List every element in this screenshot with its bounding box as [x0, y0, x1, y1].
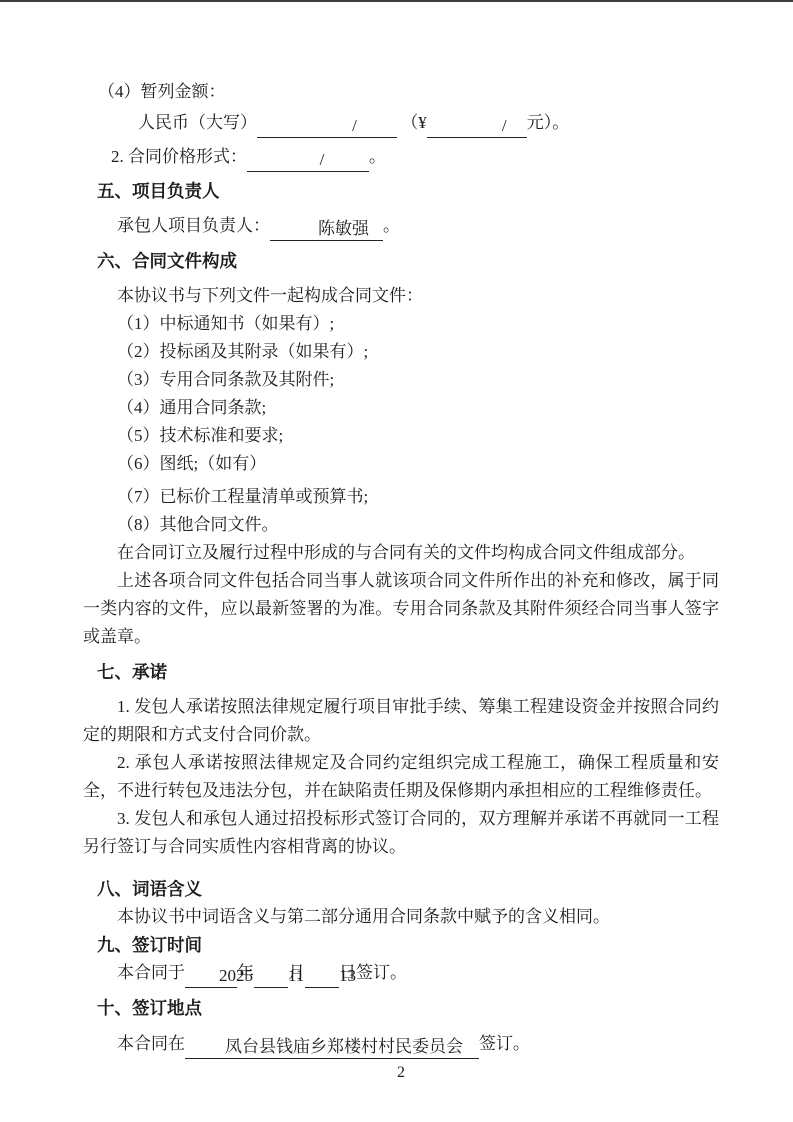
price-form-label: 2. 合同价格形式：: [111, 147, 247, 166]
section6-para2: 上述各项合同文件包括合同当事人就该项合同文件所作出的补充和修改，属于同一类内容的…: [83, 567, 719, 651]
project-manager-line: 承包人项目负责人：陈敏强。: [83, 212, 719, 241]
contract-doc-item: （2）投标函及其附录（如果有）;: [83, 338, 719, 366]
signing-day-blank: 13: [305, 965, 339, 988]
contract-doc-item: （7）已标价工程量清单或预算书;: [83, 483, 719, 511]
project-manager-period: 。: [383, 216, 400, 235]
contract-doc-item: （8）其他合同文件。: [83, 511, 719, 539]
section6-para1: 在合同订立及履行过程中形成的与合同有关的文件均构成合同文件组成部分。: [83, 539, 719, 567]
signing-place-line: 本合同在凤台县钱庙乡郑楼村村民委员会签订。: [83, 1030, 719, 1059]
section9-heading: 九、签订时间: [97, 931, 719, 959]
signing-place-prefix: 本合同在: [117, 1034, 185, 1053]
signing-year-blank: 2025: [185, 965, 237, 988]
contract-document-page: （4）暂列金额： 人民币（大写）/ （¥/元）。 2. 合同价格形式：/。 五、…: [0, 0, 793, 1122]
section6-heading: 六、合同文件构成: [97, 247, 719, 275]
page-top-edge: [0, 0, 793, 2]
project-manager-name-blank: 陈敏强: [270, 218, 383, 241]
project-manager-label: 承包人项目负责人：: [117, 216, 270, 235]
provisional-sum-label: （4）暂列金额：: [83, 78, 719, 106]
month-unit: 月: [288, 963, 305, 982]
signing-month-blank: 11: [254, 965, 288, 988]
contract-doc-item: （5）技术标准和要求;: [83, 422, 719, 450]
section10-heading: 十、签订地点: [97, 994, 719, 1022]
signing-date-line: 本合同于2025年11月13日签订。: [83, 959, 719, 988]
price-form-period: 。: [369, 147, 386, 166]
signing-date-prefix: 本合同于: [117, 963, 185, 982]
contract-doc-item: （1）中标通知书（如果有）;: [83, 310, 719, 338]
commitment-item: 1. 发包人承诺按照法律规定履行项目审批手续、筹集工程建设资金并按照合同约定的期…: [83, 693, 719, 749]
section5-heading: 五、项目负责人: [97, 177, 719, 205]
section7-heading: 七、承诺: [97, 658, 719, 686]
price-form-blank: /: [247, 149, 369, 172]
signing-place-blank: 凤台县钱庙乡郑楼村村民委员会: [185, 1036, 479, 1059]
amount-paren-close: 元）。: [527, 113, 570, 132]
page-content: （4）暂列金额： 人民币（大写）/ （¥/元）。 2. 合同价格形式：/。 五、…: [0, 0, 793, 1087]
page-number: 2: [83, 1059, 719, 1087]
section6-intro: 本协议书与下列文件一起构成合同文件：: [83, 282, 719, 310]
section8-para: 本协议书中词语含义与第二部分通用合同条款中赋予的含义相同。: [83, 903, 719, 931]
year-unit: 年: [237, 963, 254, 982]
contract-doc-item: （4）通用合同条款;: [83, 394, 719, 422]
day-unit: 日签订。: [339, 963, 407, 982]
section8-heading: 八、词语含义: [97, 875, 719, 903]
signing-place-suffix: 签订。: [479, 1034, 530, 1053]
contract-doc-item: （3）专用合同条款及其附件;: [83, 366, 719, 394]
commitment-item: 3. 发包人和承包人通过招投标形式签订合同的，双方理解并承诺不再就同一工程另行签…: [83, 805, 719, 861]
rmb-uppercase-label: 人民币（大写）: [138, 113, 257, 132]
contract-doc-item: （6）图纸;（如有）: [83, 450, 719, 478]
price-form-line: 2. 合同价格形式：/。: [83, 143, 719, 172]
commitment-item: 2. 承包人承诺按照法律规定及合同约定组织完成工程施工，确保工程质量和安全，不进…: [83, 749, 719, 805]
amount-paren-open: （¥: [401, 113, 427, 132]
amount-figure-blank: /: [427, 115, 527, 138]
provisional-sum-amount-line: 人民币（大写）/ （¥/元）。: [83, 109, 719, 138]
rmb-uppercase-blank: /: [257, 115, 397, 138]
